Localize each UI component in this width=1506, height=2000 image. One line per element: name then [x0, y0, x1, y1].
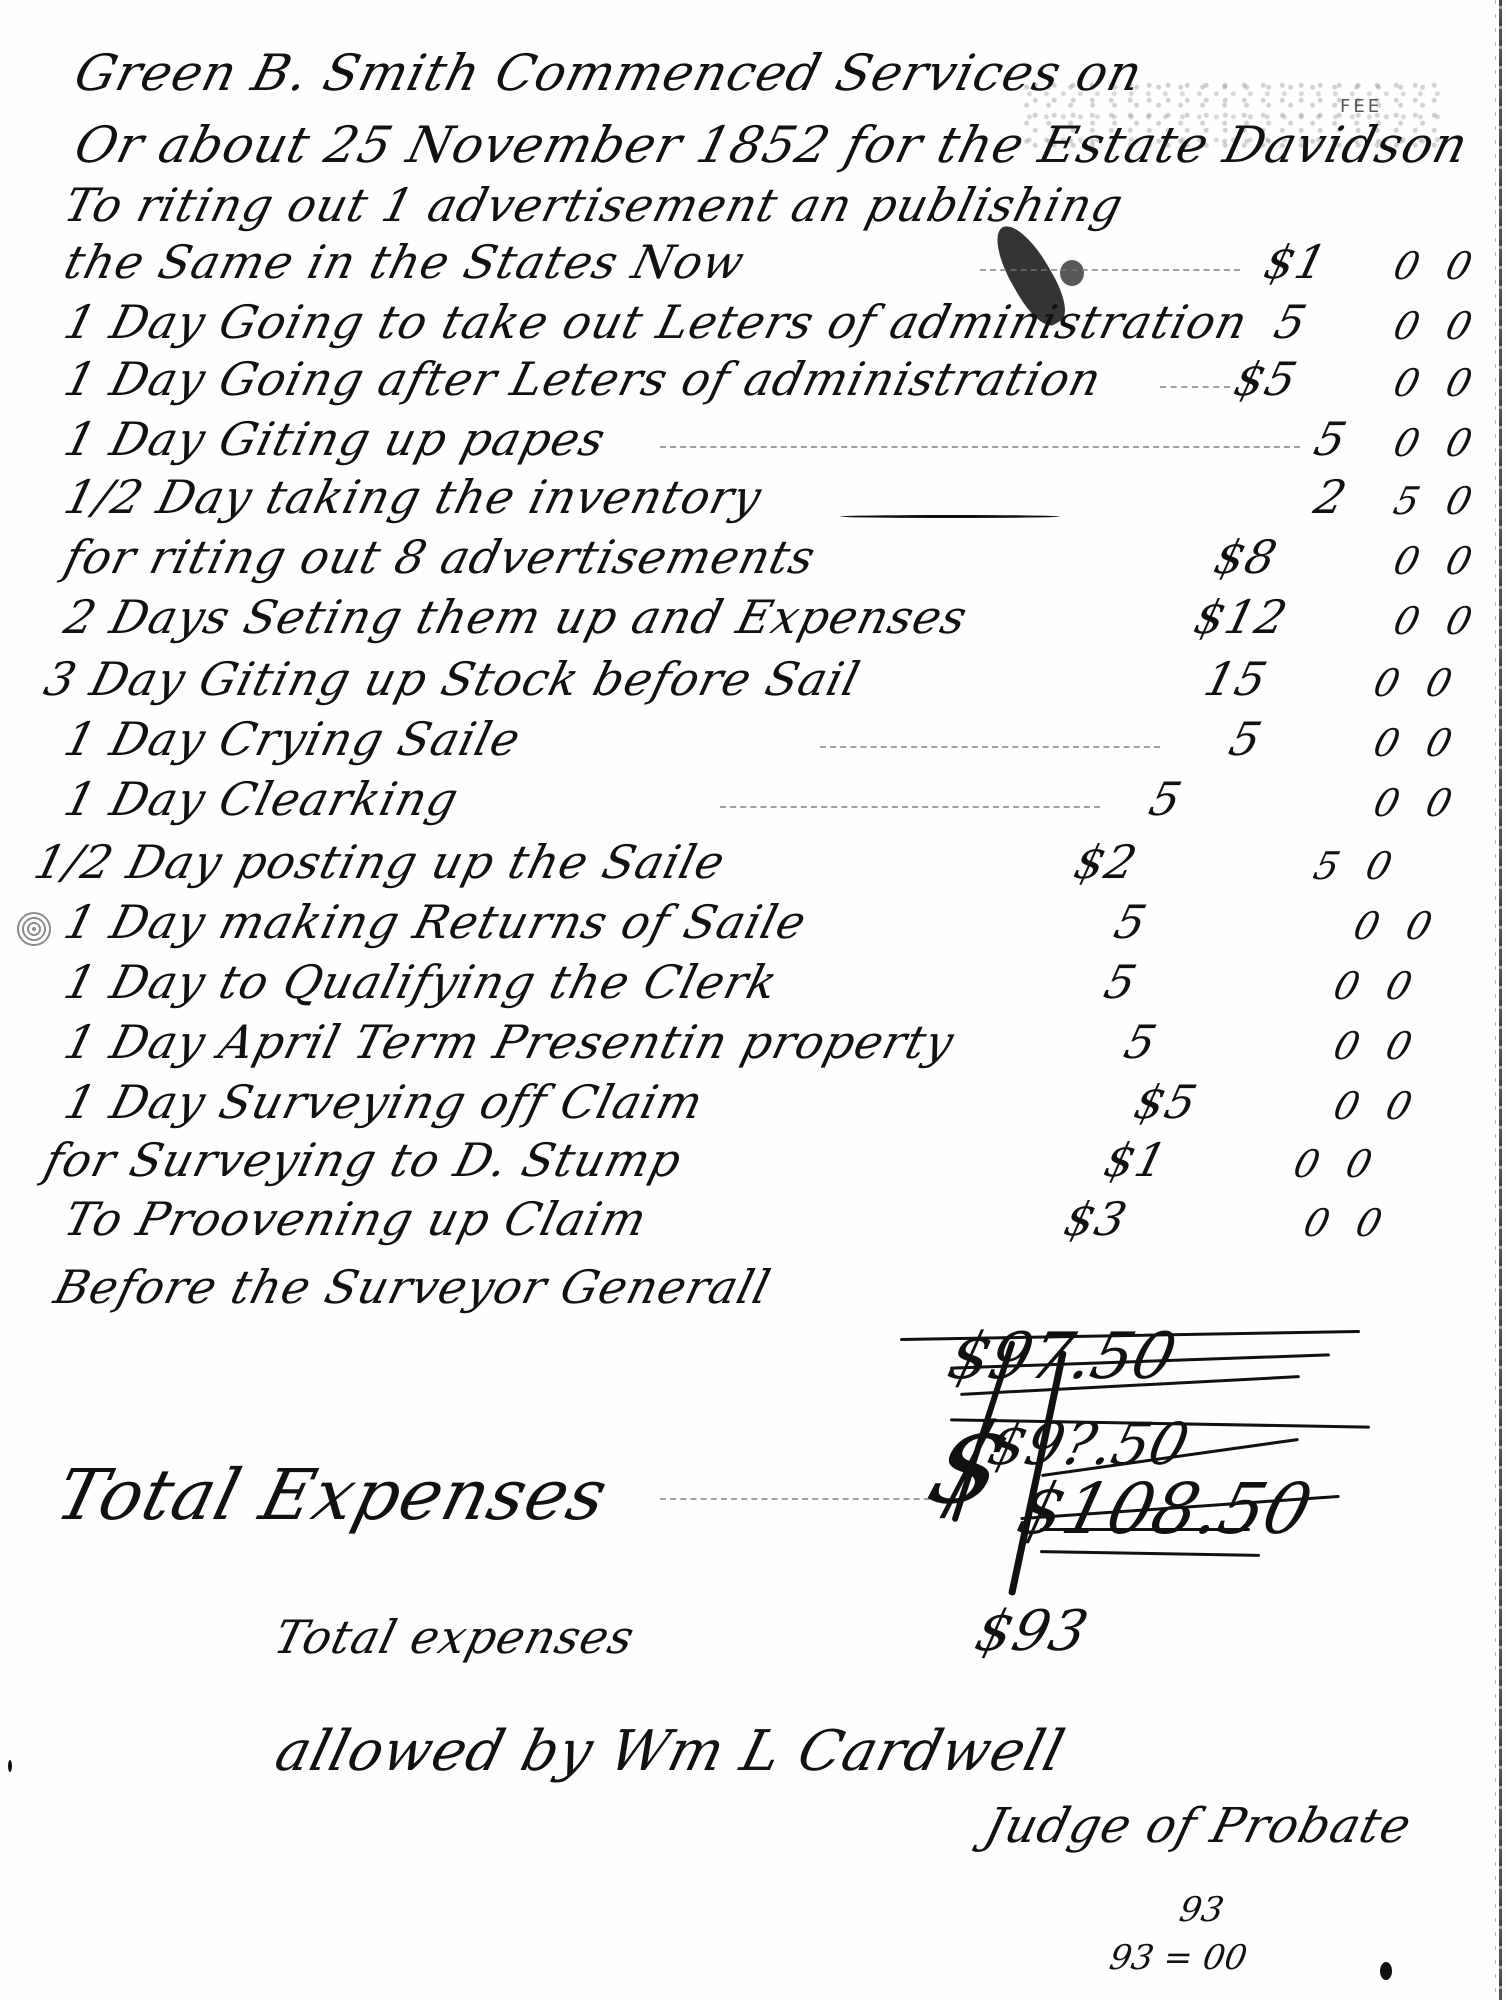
total-expenses-row: Total Expenses [50, 1430, 1050, 1540]
allowed-total-row: Total expenses $93 [270, 1580, 1170, 1670]
leader-dashes [720, 806, 1100, 808]
entry-amount: $3 [1060, 1196, 1132, 1242]
leader-dashes [1160, 386, 1230, 388]
ink-dot [8, 1760, 12, 1772]
margin-smudge [14, 912, 54, 946]
strike-line [1040, 1528, 1250, 1531]
margin-note-line-1: 93 [1176, 1890, 1226, 1930]
document-page: FEE Green B. Smith Commenced Services on… [0, 0, 1506, 2000]
signature-title-row: Judge of Probate [980, 1770, 1500, 1860]
allowed-by-signature: allowed by Wm L Cardwell [270, 1724, 1070, 1780]
page-edge-dashes [1495, 0, 1496, 2000]
leader-dashes [660, 446, 1300, 448]
entry-cents: 00 [1300, 1204, 1414, 1242]
leader-dashes [980, 269, 1240, 271]
allowed-total-value: $93 [970, 1604, 1094, 1660]
entry-description: Before the Surveyor Generall [50, 1264, 775, 1310]
ink-dot [1380, 1962, 1392, 1980]
leader-dashes [820, 746, 1160, 748]
heading-text: Green B. Smith Commenced Services on [70, 48, 1148, 98]
margin-note-line-2: 93 = 00 [1106, 1938, 1250, 1978]
page-edge [1499, 0, 1502, 2000]
strike-line [1040, 1550, 1260, 1557]
heading-line-1: Green B. Smith Commenced Services on [70, 28, 1470, 108]
judge-title: Judge of Probate [980, 1802, 1416, 1850]
allowed-total-label: Total expenses [270, 1614, 639, 1660]
entry-description: To Proovening up Claim [60, 1196, 652, 1242]
entry-row: Before the Surveyor Generall [50, 1240, 1470, 1320]
total-expenses-label: Total Expenses [50, 1460, 615, 1530]
leader-dashes [660, 1498, 940, 1500]
